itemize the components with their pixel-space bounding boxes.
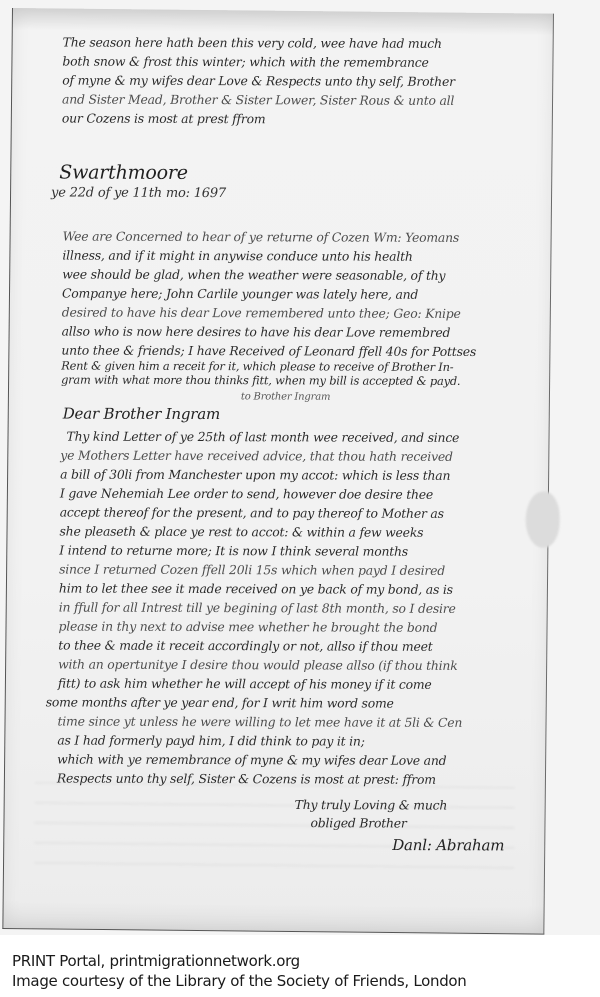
letter-date: ye 22d of ye 11th mo: 1697: [51, 186, 226, 200]
manuscript-line: Wee are Concerned to hear of ye returne …: [63, 231, 460, 245]
manuscript-line: with an opertunitye I desire thou would …: [58, 659, 457, 673]
manuscript-line: and Sister Mead, Brother & Sister Lower,…: [62, 94, 454, 108]
manuscript-line: Respects unto thy self, Sister & Cozens …: [57, 773, 436, 787]
manuscript-line: I intend to returne more; It is now I th…: [59, 545, 408, 559]
manuscript-line: allso who is now here desires to have hi…: [62, 326, 451, 340]
manuscript-line: Companye here; John Carlile younger was …: [62, 288, 418, 302]
manuscript-line: I gave Nehemiah Lee order to send, howev…: [60, 488, 433, 502]
caption-credit: Image courtesy of the Library of the Soc…: [12, 971, 592, 991]
manuscript-line: some months after ye year end, for I wri…: [46, 696, 394, 710]
water-stain: [525, 491, 560, 547]
manuscript-scan: The season here hath been this very cold…: [0, 0, 600, 935]
manuscript-line: unto thee & friends; I have Received of …: [61, 345, 476, 359]
manuscript-line: wee should be glad, when the weather wer…: [62, 269, 445, 283]
manuscript-line: to thee & made it receit accordingly or …: [58, 640, 432, 654]
manuscript-line: as I had formerly payd him, I did think …: [57, 735, 364, 748]
manuscript-line: The season here hath been this very cold…: [63, 37, 442, 51]
manuscript-line: fitt) to ask him whether he will accept …: [58, 678, 432, 692]
letter-closing: obliged Brother: [310, 817, 406, 830]
manuscript-line: of myne & my wifes dear Love & Respects …: [62, 75, 455, 89]
letter-greeting: Dear Brother Ingram: [63, 407, 220, 423]
manuscript-page: The season here hath been this very cold…: [2, 8, 554, 935]
manuscript-line: our Cozens is most at prest ffrom: [62, 113, 266, 126]
manuscript-line: ye Mothers Letter have received advice, …: [60, 450, 452, 464]
letter-signature: Danl: Abraham: [392, 838, 504, 853]
manuscript-line: please in thy next to advise mee whether…: [59, 621, 438, 635]
image-caption: PRINT Portal, printmigrationnetwork.org …: [12, 951, 592, 991]
letter-place: Swarthmoore: [59, 164, 188, 183]
manuscript-line: illness, and if it might in anywise cond…: [62, 250, 412, 264]
manuscript-line: since I returned Cozen ffell 20li 15s wh…: [59, 564, 445, 578]
manuscript-line: time since yt unless he were willing to …: [58, 716, 463, 730]
interlinear-note: to Brother Ingram: [241, 392, 330, 402]
manuscript-line: a bill of 30li from Manchester upon my a…: [60, 469, 450, 483]
manuscript-line: gram with what more thou thinks fitt, wh…: [61, 375, 460, 388]
manuscript-line: desired to have his dear Love remembered…: [62, 307, 461, 321]
manuscript-line: in ffull for all Intrest till ye beginin…: [59, 602, 456, 616]
manuscript-line: accept thereof for the present, and to p…: [60, 507, 444, 521]
manuscript-line: Thy kind Letter of ye 25th of last month…: [66, 431, 459, 445]
letter-closing: Thy truly Loving & much: [295, 799, 448, 812]
manuscript-line: both snow & frost this winter; which wit…: [62, 56, 428, 70]
manuscript-line: him to let thee see it made received on …: [59, 583, 453, 597]
manuscript-line: which with ye remembrance of myne & my w…: [57, 754, 446, 768]
manuscript-line: Rent & given him a receit for it, which …: [61, 361, 453, 374]
manuscript-line: she pleaseth & place ye rest to accot: &…: [59, 526, 423, 540]
caption-source: PRINT Portal, printmigrationnetwork.org: [12, 951, 592, 971]
